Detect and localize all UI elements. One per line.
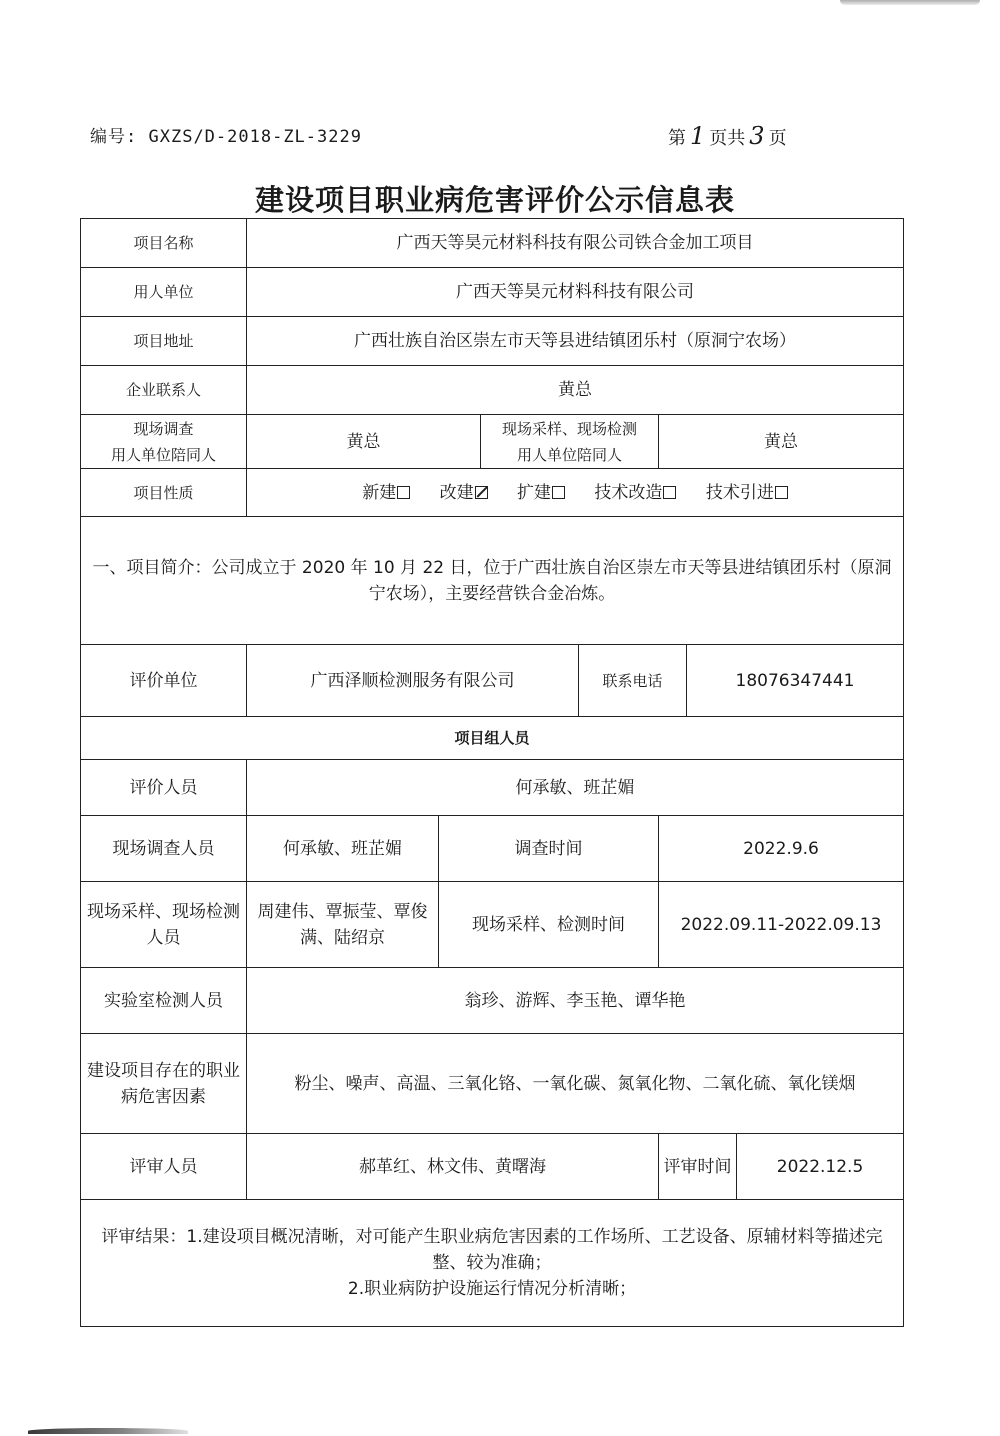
row-address: 项目地址 广西壮族自治区崇左市天等县进结镇团乐村（原洞宁农场） bbox=[81, 317, 904, 366]
document-number: 编号: GXZS/D-2018-ZL-3229 bbox=[90, 122, 362, 147]
row-hazards: 建设项目存在的职业病危害因素 粉尘、噪声、高温、三氧化铬、一氧化碳、氮氧化物、二… bbox=[81, 1034, 904, 1134]
document-header: 编号: GXZS/D-2018-ZL-3229 第1页共3页 bbox=[90, 122, 810, 152]
team-section-label: 项目组人员 bbox=[81, 717, 904, 760]
row-lab-staff: 实验室检测人员 翁珍、游辉、李玉艳、谭华艳 bbox=[81, 968, 904, 1034]
scan-edge-top bbox=[840, 0, 980, 5]
review-result-line-1: 评审结果：1.建设项目概况清晰，对可能产生职业病危害因素的工作场所、工艺设备、原… bbox=[85, 1224, 899, 1276]
nature-option-rebuild[interactable]: 改建 bbox=[440, 483, 488, 503]
checkbox-unchecked-icon[interactable] bbox=[397, 486, 410, 499]
document-title: 建设项目职业病危害评价公示信息表 bbox=[0, 178, 990, 219]
page-total: 3 bbox=[749, 122, 764, 150]
lab-staff-value: 翁珍、游辉、李玉艳、谭华艳 bbox=[247, 968, 904, 1034]
page-mid: 页共 bbox=[709, 128, 745, 149]
row-contact: 企业联系人 黄总 bbox=[81, 366, 904, 415]
nature-option-new-label: 新建 bbox=[362, 483, 396, 503]
checkbox-unchecked-icon[interactable] bbox=[552, 486, 565, 499]
sampling-escort-label-line2: 用人单位陪同人 bbox=[485, 442, 654, 468]
survey-escort-label-line2: 用人单位陪同人 bbox=[85, 442, 242, 468]
evaluator-unit-label: 评价单位 bbox=[81, 645, 247, 717]
nature-option-tech-import-label: 技术引进 bbox=[706, 483, 774, 503]
document-number-label: 编号: bbox=[90, 127, 137, 147]
nature-option-new[interactable]: 新建 bbox=[362, 483, 410, 503]
project-name-label: 项目名称 bbox=[81, 219, 247, 268]
evaluators-label: 评价人员 bbox=[81, 760, 247, 816]
row-survey: 现场调查人员 何承敏、班芷媚 调查时间 2022.9.6 bbox=[81, 816, 904, 882]
address-label: 项目地址 bbox=[81, 317, 247, 366]
survey-escort-value: 黄总 bbox=[247, 415, 481, 469]
row-team-section: 项目组人员 bbox=[81, 717, 904, 760]
sampling-staff-value: 周建伟、覃振莹、覃俊满、陆绍京 bbox=[247, 882, 439, 968]
sampling-escort-value: 黄总 bbox=[659, 415, 904, 469]
page-prefix: 第 bbox=[668, 128, 686, 149]
row-review-result: 评审结果：1.建设项目概况清晰，对可能产生职业病危害因素的工作场所、工艺设备、原… bbox=[81, 1200, 904, 1327]
nature-option-tech-import[interactable]: 技术引进 bbox=[706, 483, 788, 503]
survey-staff-label: 现场调查人员 bbox=[81, 816, 247, 882]
sampling-time-label: 现场采样、检测时间 bbox=[439, 882, 659, 968]
row-project-name: 项目名称 广西天等昊元材料科技有限公司铁合金加工项目 bbox=[81, 219, 904, 268]
review-time-value: 2022.12.5 bbox=[737, 1134, 904, 1200]
lab-staff-label: 实验室检测人员 bbox=[81, 968, 247, 1034]
row-review: 评审人员 郝革红、林文伟、黄曙海 评审时间 2022.12.5 bbox=[81, 1134, 904, 1200]
document-number-value: GXZS/D-2018-ZL-3229 bbox=[149, 127, 362, 147]
row-evaluator: 评价单位 广西泽顺检测服务有限公司 联系电话 18076347441 bbox=[81, 645, 904, 717]
nature-option-rebuild-label: 改建 bbox=[440, 483, 474, 503]
sampling-escort-label: 现场采样、现场检测 用人单位陪同人 bbox=[481, 415, 659, 469]
hazards-value: 粉尘、噪声、高温、三氧化铬、一氧化碳、氮氧化物、二氧化硫、氧化镁烟 bbox=[247, 1034, 904, 1134]
reviewers-label: 评审人员 bbox=[81, 1134, 247, 1200]
project-nature-options: 新建 改建 扩建 技术改造 技术引进 bbox=[247, 469, 904, 517]
page-suffix: 页 bbox=[769, 128, 787, 149]
sampling-time-value: 2022.09.11-2022.09.13 bbox=[659, 882, 904, 968]
row-escorts: 现场调查 用人单位陪同人 黄总 现场采样、现场检测 用人单位陪同人 黄总 bbox=[81, 415, 904, 469]
review-time-label: 评审时间 bbox=[659, 1134, 737, 1200]
row-employer: 用人单位 广西天等昊元材料科技有限公司 bbox=[81, 268, 904, 317]
scan-edge-bottom bbox=[28, 1428, 188, 1434]
survey-escort-label: 现场调查 用人单位陪同人 bbox=[81, 415, 247, 469]
survey-time-value: 2022.9.6 bbox=[659, 816, 904, 882]
page-indicator: 第1页共3页 bbox=[668, 122, 787, 150]
row-intro: 一、项目简介：公司成立于 2020 年 10 月 22 日，位于广西壮族自治区崇… bbox=[81, 517, 904, 645]
row-sampling: 现场采样、现场检测人员 周建伟、覃振莹、覃俊满、陆绍京 现场采样、检测时间 20… bbox=[81, 882, 904, 968]
survey-time-label: 调查时间 bbox=[439, 816, 659, 882]
reviewers-value: 郝革红、林文伟、黄曙海 bbox=[247, 1134, 659, 1200]
review-result-line-2: 2.职业病防护设施运行情况分析清晰； bbox=[85, 1276, 899, 1302]
contact-value: 黄总 bbox=[247, 366, 904, 415]
hazards-label: 建设项目存在的职业病危害因素 bbox=[81, 1034, 247, 1134]
project-nature-label: 项目性质 bbox=[81, 469, 247, 517]
info-table: 项目名称 广西天等昊元材料科技有限公司铁合金加工项目 用人单位 广西天等昊元材料… bbox=[80, 218, 904, 1327]
nature-option-tech-renovation[interactable]: 技术改造 bbox=[594, 483, 676, 503]
sampling-staff-label: 现场采样、现场检测人员 bbox=[81, 882, 247, 968]
phone-value: 18076347441 bbox=[687, 645, 904, 717]
checkbox-unchecked-icon[interactable] bbox=[775, 486, 788, 499]
evaluators-value: 何承敏、班芷媚 bbox=[247, 760, 904, 816]
review-result: 评审结果：1.建设项目概况清晰，对可能产生职业病危害因素的工作场所、工艺设备、原… bbox=[81, 1200, 904, 1327]
project-intro: 一、项目简介：公司成立于 2020 年 10 月 22 日，位于广西壮族自治区崇… bbox=[81, 517, 904, 645]
row-project-nature: 项目性质 新建 改建 扩建 技术改造 技术引进 bbox=[81, 469, 904, 517]
survey-escort-label-line1: 现场调查 bbox=[85, 416, 242, 442]
employer-value: 广西天等昊元材料科技有限公司 bbox=[247, 268, 904, 317]
checkbox-checked-icon[interactable] bbox=[475, 486, 488, 499]
address-value: 广西壮族自治区崇左市天等县进结镇团乐村（原洞宁农场） bbox=[247, 317, 904, 366]
page-current: 1 bbox=[690, 122, 705, 150]
checkbox-unchecked-icon[interactable] bbox=[663, 486, 676, 499]
phone-label: 联系电话 bbox=[579, 645, 687, 717]
row-evaluators: 评价人员 何承敏、班芷媚 bbox=[81, 760, 904, 816]
evaluator-unit-value: 广西泽顺检测服务有限公司 bbox=[247, 645, 579, 717]
project-name-value: 广西天等昊元材料科技有限公司铁合金加工项目 bbox=[247, 219, 904, 268]
nature-option-tech-renovation-label: 技术改造 bbox=[594, 483, 662, 503]
sampling-escort-label-line1: 现场采样、现场检测 bbox=[485, 416, 654, 442]
nature-option-expand-label: 扩建 bbox=[517, 483, 551, 503]
contact-label: 企业联系人 bbox=[81, 366, 247, 415]
nature-option-expand[interactable]: 扩建 bbox=[517, 483, 565, 503]
employer-label: 用人单位 bbox=[81, 268, 247, 317]
survey-staff-value: 何承敏、班芷媚 bbox=[247, 816, 439, 882]
